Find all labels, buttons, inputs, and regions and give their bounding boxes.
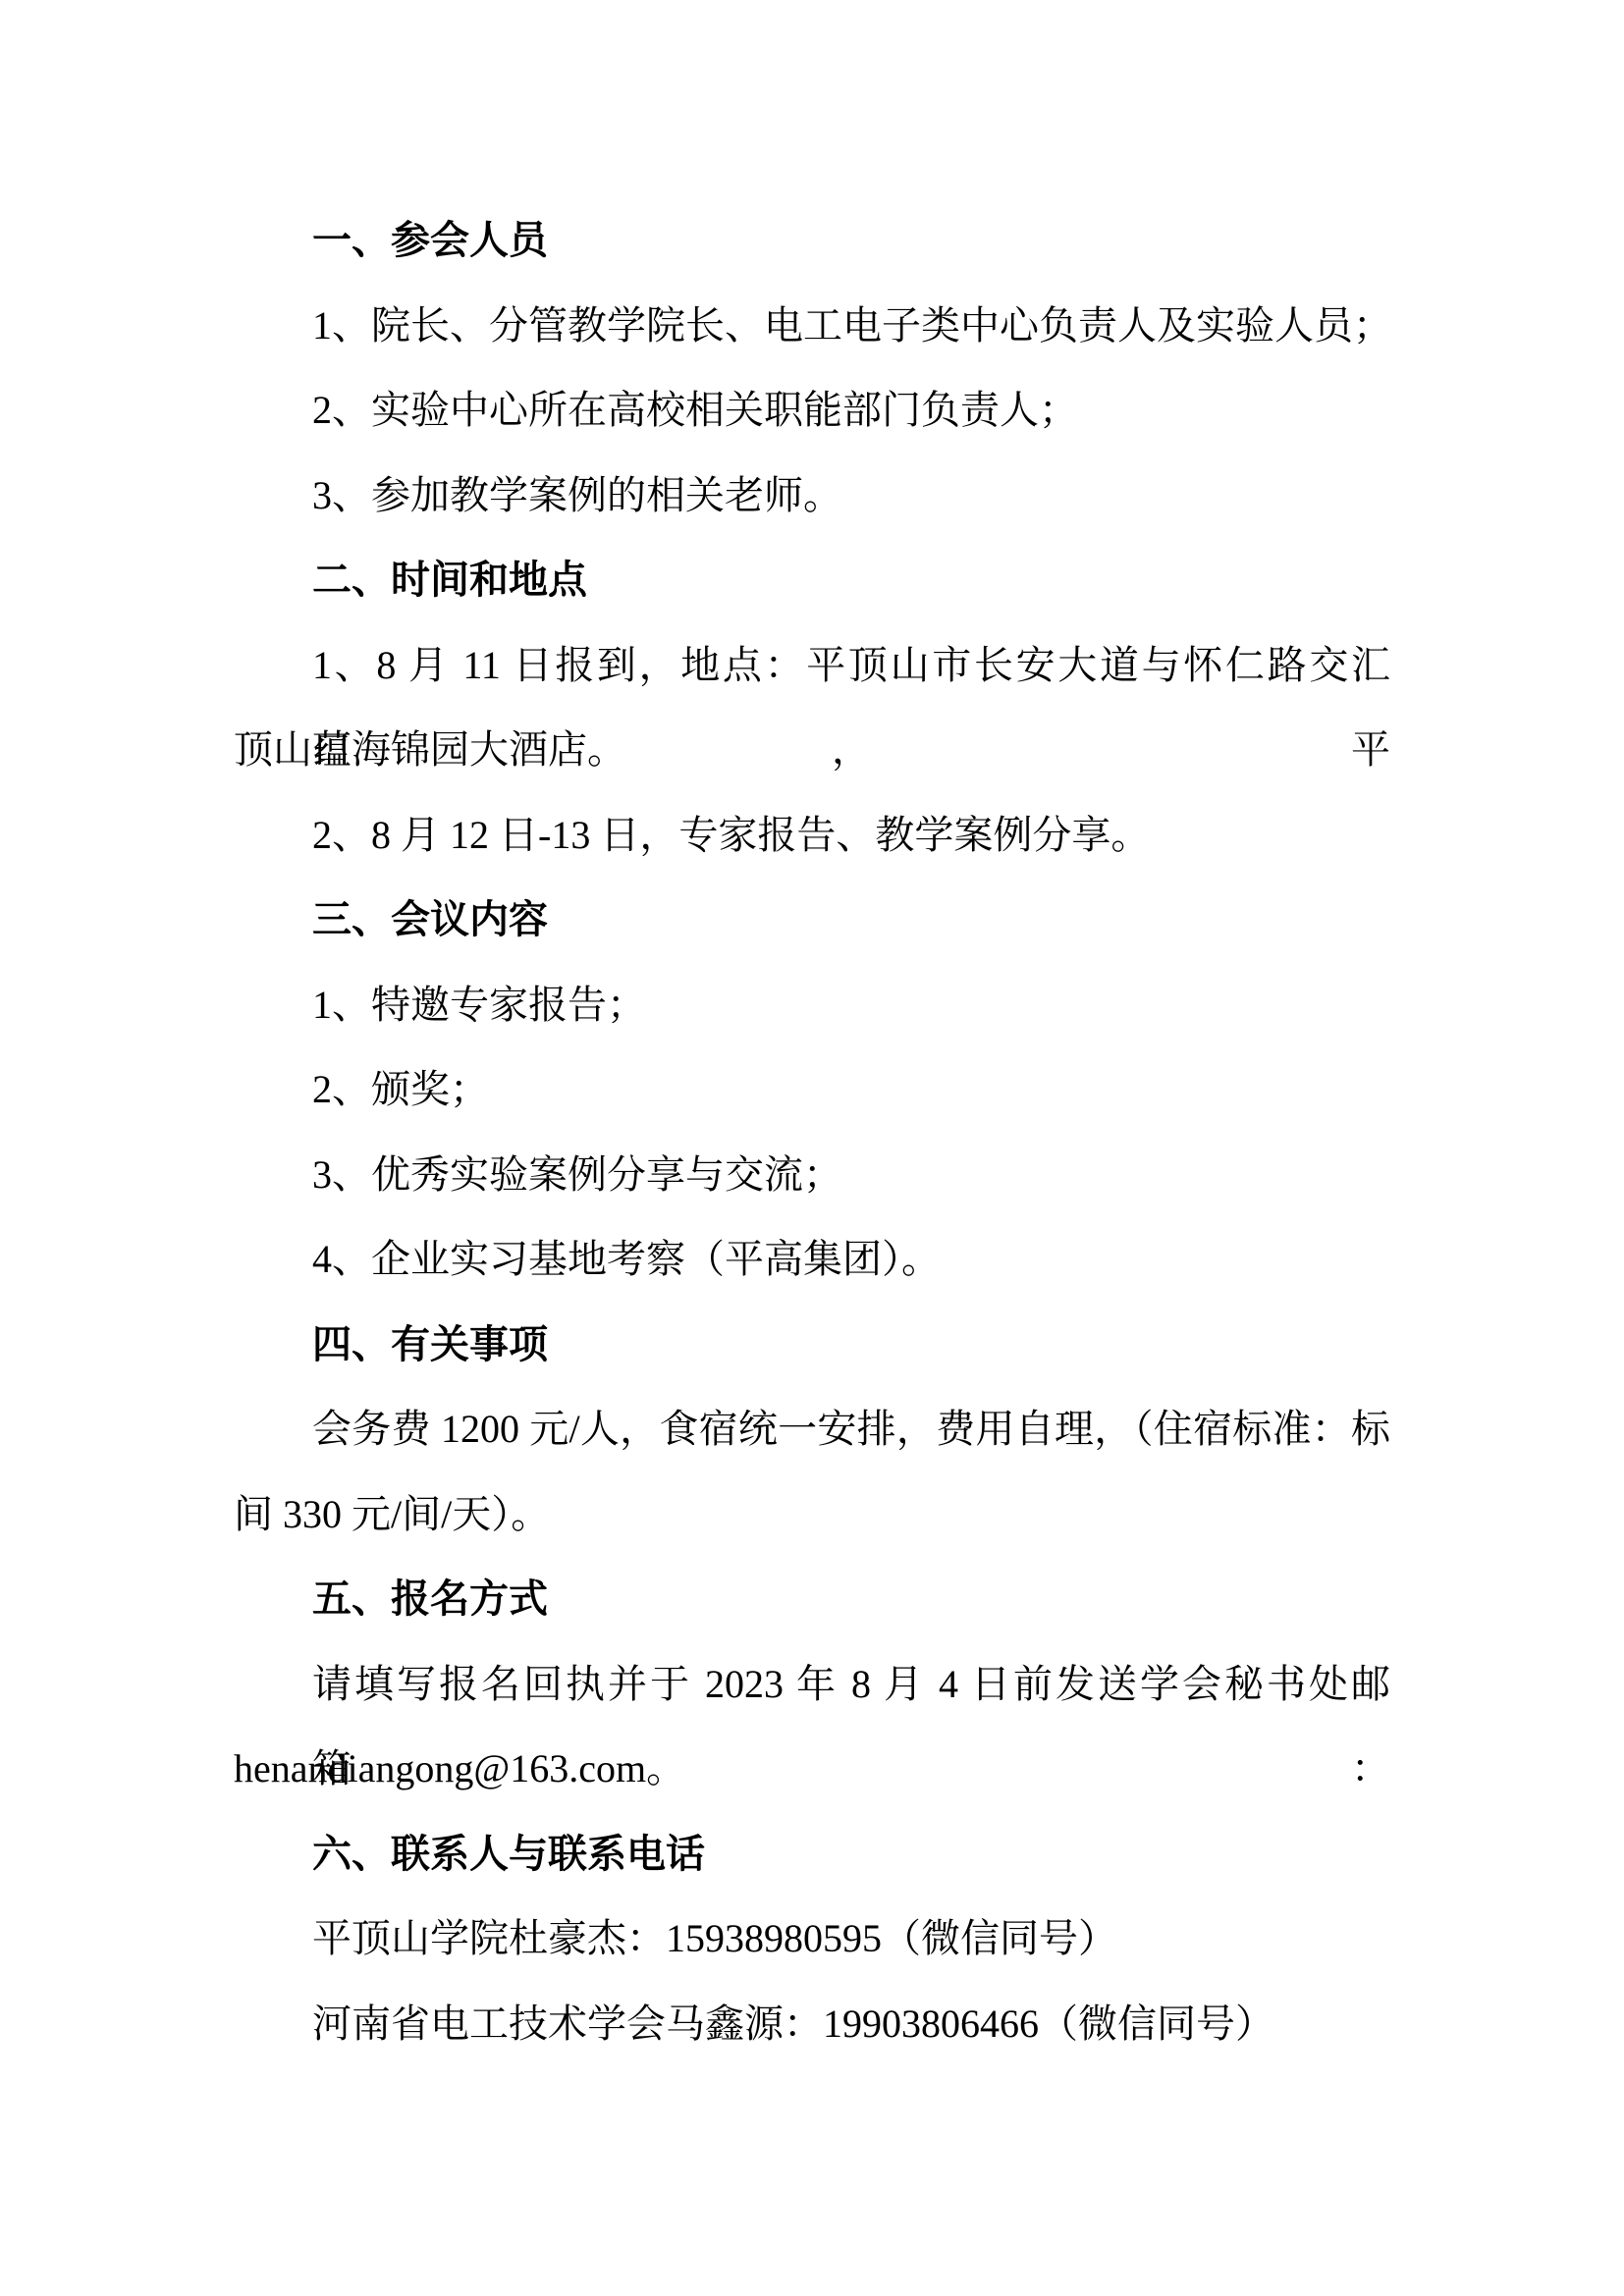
section-heading-notes: 四、有关事项 [234, 1303, 1390, 1388]
registration-line-1: 请填写报名回执并于 2023 年 8 月 4 日前发送学会秘书处邮箱： [234, 1642, 1390, 1728]
notes-line-2: 间 330 元/间/天）。 [234, 1472, 1390, 1558]
section-heading-registration: 五、报名方式 [234, 1557, 1390, 1642]
time-item-2: 2、8 月 12 日-13 日，专家报告、教学案例分享。 [234, 793, 1390, 879]
section-heading-agenda: 三、会议内容 [234, 878, 1390, 963]
participants-item-3: 3、参加教学案例的相关老师。 [234, 454, 1390, 539]
document-body: 一、参会人员 1、院长、分管教学院长、电工电子类中心负责人及实验人员； 2、实验… [234, 198, 1390, 2066]
notes-line-1: 会务费 1200 元/人，食宿统一安排，费用自理，（住宿标准：标 [234, 1387, 1390, 1472]
contact-phone-2: 河南省电工技术学会马鑫源：19903806466（微信同号） [234, 1982, 1390, 2067]
section-heading-contacts: 六、联系人与联系电话 [234, 1812, 1390, 1897]
participants-item-2: 2、实验中心所在高校相关职能部门负责人； [234, 368, 1390, 454]
contact-phone-1: 平顶山学院杜豪杰：15938980595（微信同号） [234, 1896, 1390, 1982]
section-heading-participants: 一、参会人员 [234, 198, 1390, 284]
time-item-1-line-1: 1、8 月 11 日报到，地点：平顶山市长安大道与怀仁路交汇口，平 [234, 623, 1390, 709]
agenda-item-3: 3、优秀实验案例分享与交流； [234, 1133, 1390, 1218]
section-heading-time-location: 二、时间和地点 [234, 538, 1390, 623]
document-page: 一、参会人员 1、院长、分管教学院长、电工电子类中心负责人及实验人员； 2、实验… [0, 0, 1624, 2296]
agenda-item-2: 2、颁奖； [234, 1047, 1390, 1133]
agenda-item-4: 4、企业实习基地考察（平高集团）。 [234, 1217, 1390, 1303]
agenda-item-1: 1、特邀专家报告； [234, 963, 1390, 1048]
participants-item-1: 1、院长、分管教学院长、电工电子类中心负责人及实验人员； [234, 284, 1390, 369]
